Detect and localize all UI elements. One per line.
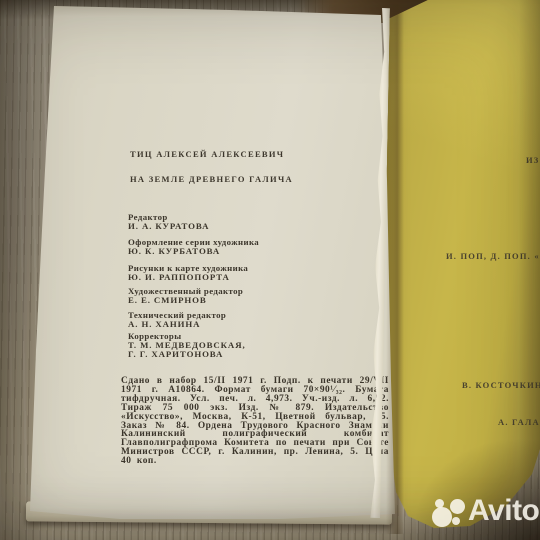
- credit-name-art-editor: Е. Е. СМИРНОВ: [128, 295, 207, 305]
- book-colophon-photo: ИЗ И. ПОП, Д. ПОП. « В. КОСТОЧКИН А. ГАЛ…: [0, 0, 540, 540]
- credit-name-editor: И. А. КУРАТОВА: [128, 221, 209, 231]
- book-title-line: НА ЗЕМЛЕ ДРЕВНЕГО ГАЛИЧА: [130, 174, 293, 184]
- avito-watermark: Avito: [426, 492, 539, 532]
- author-line: ТИЦ АЛЕКСЕЙ АЛЕКСЕЕВИЧ: [130, 149, 284, 159]
- avito-circle-large: [432, 507, 452, 527]
- right-page-fragment-kostochkin: В. КОСТОЧКИН: [462, 380, 540, 390]
- credit-name-series-designer: Ю. К. КУРБАТОВА: [128, 246, 220, 256]
- right-page-fragment-gala: А. ГАЛА: [498, 417, 540, 427]
- credit-name-map-artist: Ю. И. РАППОПОРТА: [128, 272, 230, 282]
- avito-circle-top-right: [450, 499, 465, 514]
- credit-name-technical-editor: А. Н. ХАНИНА: [128, 319, 200, 329]
- book-gutter-shadow: [386, 4, 404, 534]
- imprint-paragraph: Сдано в набор 15/II 1971 г. Подп. к печа…: [121, 377, 389, 466]
- credit-name-proofreader-2: Г. Г. ХАРИТОНОВА: [128, 349, 223, 359]
- avito-circle-small-bottom-right: [452, 517, 460, 525]
- right-page-fragment-authors: И. ПОП, Д. ПОП. «: [446, 251, 540, 261]
- right-page-fragment-top: ИЗ: [526, 155, 540, 165]
- avito-logo-icon: [426, 493, 466, 531]
- right-page-yellow: ИЗ И. ПОП, Д. ПОП. « В. КОСТОЧКИН А. ГАЛ…: [386, 0, 540, 540]
- avito-wordmark: Avito: [468, 492, 539, 530]
